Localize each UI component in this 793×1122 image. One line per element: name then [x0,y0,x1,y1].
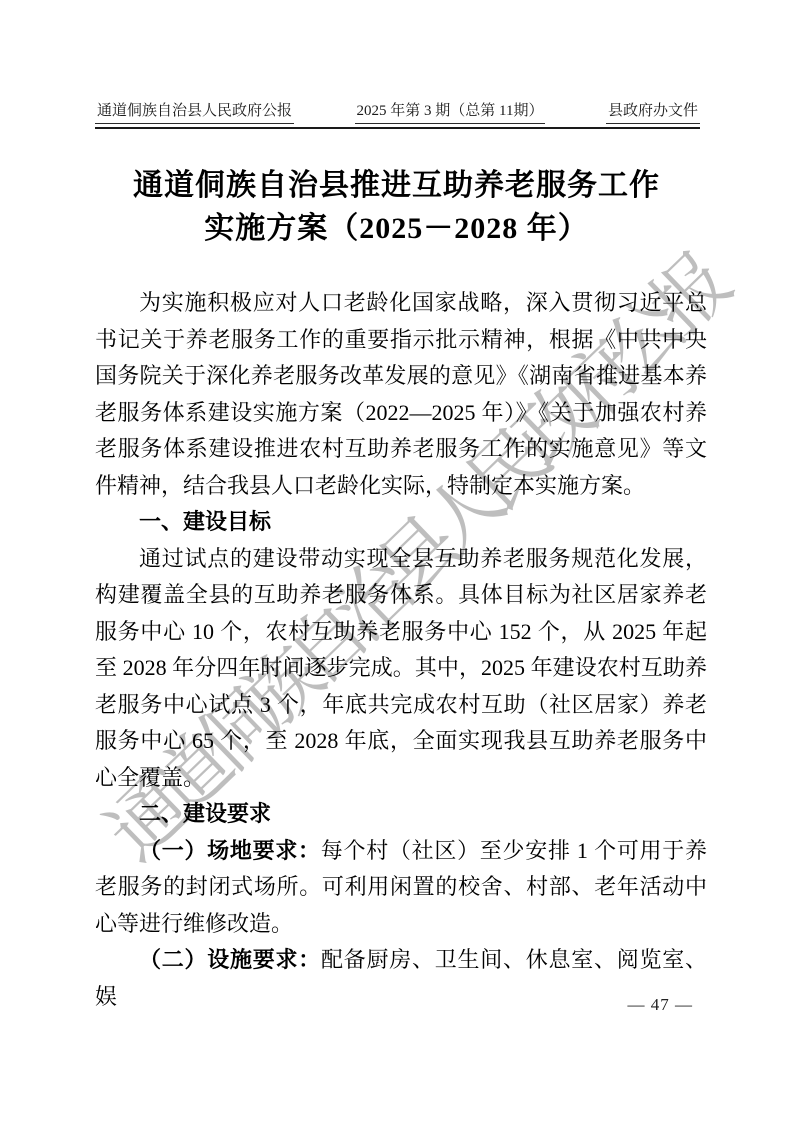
paragraph-site-requirements: （一）场地要求：每个村（社区）至少安排 1 个可用于养老服务的封闭式场所。可利用… [95,833,707,943]
paragraph-lead-facility: （二）设施要求： [139,947,321,972]
paragraph-facility-requirements: （二）设施要求：配备厨房、卫生间、休息室、阅览室、娱 [95,942,707,1015]
header-issue-number: 2025 年第 3 期（总第 11期） [355,99,546,124]
document-title-line-1: 通道侗族自治县推进互助养老服务工作 [0,164,793,207]
paragraph-lead-site: （一）场地要求： [139,838,321,863]
header-rule [95,127,700,129]
document-title: 通道侗族自治县推进互助养老服务工作 实施方案（2025－2028 年） [0,164,793,250]
section-heading-2: 二、建设要求 [95,796,707,833]
running-header: 通道侗族自治县人民政府公报 2025 年第 3 期（总第 11期） 县政府办文件 [95,99,700,124]
article-body: 为实施积极应对人口老龄化国家战略，深入贯彻习近平总书记关于养老服务工作的重要指示… [95,285,707,1015]
paragraph-intro: 为实施积极应对人口老龄化国家战略，深入贯彻习近平总书记关于养老服务工作的重要指示… [95,285,707,504]
paragraph-goals: 通过试点的建设带动实现全县互助养老服务规范化发展，构建覆盖全县的互助养老服务体系… [95,541,707,797]
gazette-page: 通道侗族自治县人民政府公报 通道侗族自治县人民政府公报 2025 年第 3 期（… [0,0,793,1122]
header-publication-title: 通道侗族自治县人民政府公报 [95,99,294,124]
section-heading-1: 一、建设目标 [95,504,707,541]
header-document-category: 县政府办文件 [606,99,700,124]
document-title-line-2: 实施方案（2025－2028 年） [0,207,793,250]
page-number: — 47 — [628,995,694,1015]
